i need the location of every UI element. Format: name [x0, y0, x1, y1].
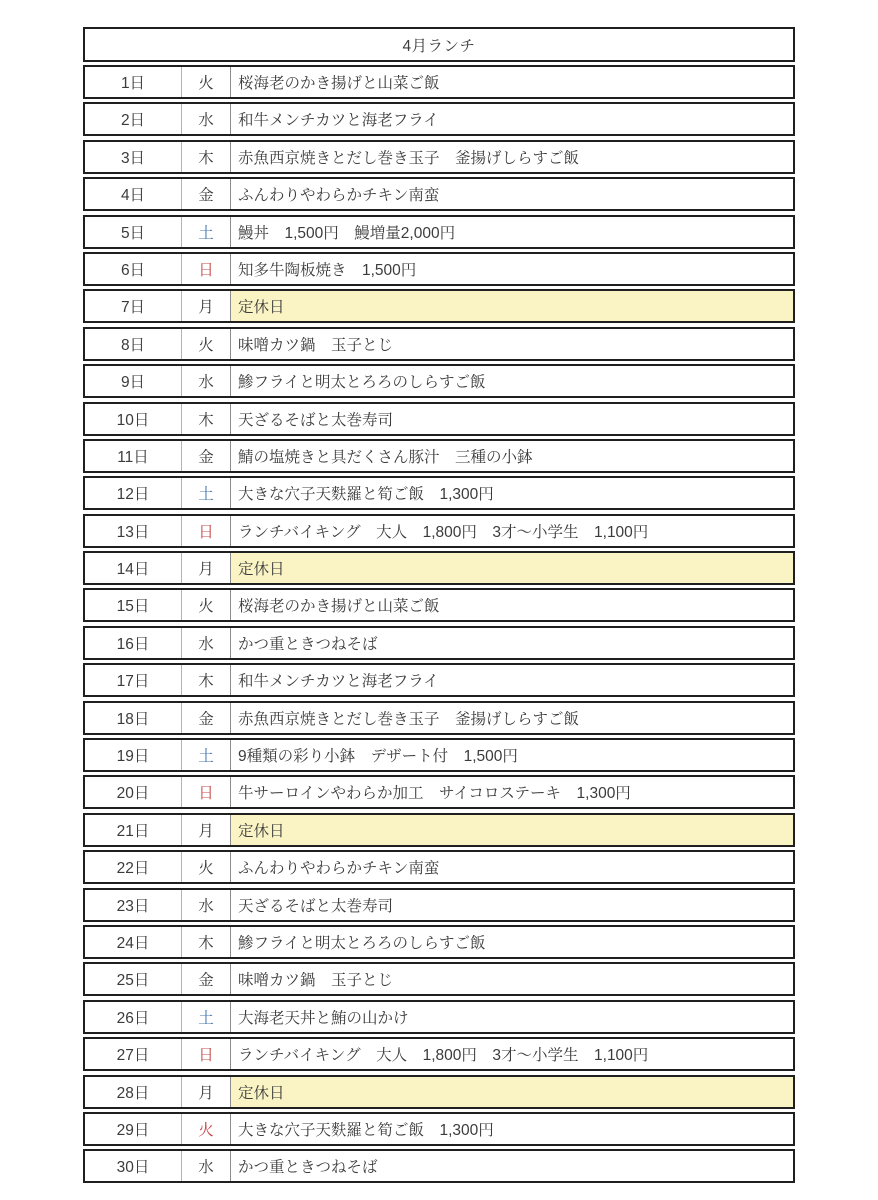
menu-cell: 和牛メンチカツと海老フライ — [231, 104, 793, 134]
menu-day-row: 4日 金 ふんわりやわらかチキン南蛮 — [83, 177, 795, 211]
weekday-cell: 金 — [182, 441, 231, 471]
day-cell: 4日 — [85, 179, 182, 209]
lunch-menu-page: 4月ランチ 1日 火 桜海老のかき揚げと山菜ご飯 2日 水 和牛メンチカツと海老… — [0, 0, 878, 1200]
menu-day-row: 26日 土 大海老天丼と鮪の山かけ — [83, 1000, 795, 1034]
weekday-cell: 日 — [182, 254, 231, 284]
menu-cell: ランチバイキング 大人 1,800円 3才～小学生 1,100円 — [231, 516, 793, 546]
menu-cell: 大海老天丼と鮪の山かけ — [231, 1002, 793, 1032]
weekday-cell: 月 — [182, 291, 231, 321]
menu-cell: 鯖の塩焼きと具だくさん豚汁 三種の小鉢 — [231, 441, 793, 471]
menu-cell: 味噌カツ鍋 玉子とじ — [231, 329, 793, 359]
menu-day-row: 25日 金 味噌カツ鍋 玉子とじ — [83, 962, 795, 996]
weekday-cell: 土 — [182, 740, 231, 770]
day-cell: 17日 — [85, 665, 182, 695]
weekday-cell: 金 — [182, 179, 231, 209]
menu-cell: 天ざるそばと太巻寿司 — [231, 890, 793, 920]
weekday-cell: 火 — [182, 852, 231, 882]
calendar-title-text: 4月ランチ — [402, 34, 475, 56]
weekday-cell: 日 — [182, 516, 231, 546]
weekday-cell: 火 — [182, 67, 231, 97]
menu-day-row: 6日 日 知多牛陶板焼き 1,500円 — [83, 252, 795, 286]
day-cell: 5日 — [85, 217, 182, 247]
menu-day-row: 21日 月 定休日 — [83, 813, 795, 847]
day-cell: 30日 — [85, 1151, 182, 1181]
menu-cell: 桜海老のかき揚げと山菜ご飯 — [231, 590, 793, 620]
menu-day-row: 29日 火 大きな穴子天麩羅と筍ご飯 1,300円 — [83, 1112, 795, 1146]
menu-cell: 桜海老のかき揚げと山菜ご飯 — [231, 67, 793, 97]
day-cell: 14日 — [85, 553, 182, 583]
menu-cell: かつ重ときつねそば — [231, 1151, 793, 1181]
weekday-cell: 水 — [182, 890, 231, 920]
menu-day-row: 1日 火 桜海老のかき揚げと山菜ご飯 — [83, 65, 795, 99]
calendar-title: 4月ランチ — [83, 27, 795, 62]
menu-day-row: 27日 日 ランチバイキング 大人 1,800円 3才～小学生 1,100円 — [83, 1037, 795, 1071]
menu-day-row: 30日 水 かつ重ときつねそば — [83, 1149, 795, 1183]
menu-cell: ふんわりやわらかチキン南蛮 — [231, 179, 793, 209]
menu-cell: ふんわりやわらかチキン南蛮 — [231, 852, 793, 882]
menu-cell: 赤魚西京焼きとだし巻き玉子 釜揚げしらすご飯 — [231, 703, 793, 733]
weekday-cell: 木 — [182, 142, 231, 172]
menu-day-row: 12日 土 大きな穴子天麩羅と筍ご飯 1,300円 — [83, 476, 795, 510]
day-cell: 6日 — [85, 254, 182, 284]
weekday-cell: 月 — [182, 815, 231, 845]
weekday-cell: 土 — [182, 217, 231, 247]
day-cell: 27日 — [85, 1039, 182, 1069]
menu-day-row: 9日 水 鯵フライと明太とろろのしらすご飯 — [83, 364, 795, 398]
menu-cell: 赤魚西京焼きとだし巻き玉子 釜揚げしらすご飯 — [231, 142, 793, 172]
menu-cell: 鯵フライと明太とろろのしらすご飯 — [231, 927, 793, 957]
menu-day-row: 14日 月 定休日 — [83, 551, 795, 585]
menu-cell: 味噌カツ鍋 玉子とじ — [231, 964, 793, 994]
menu-cell: 大きな穴子天麩羅と筍ご飯 1,300円 — [231, 478, 793, 508]
day-cell: 20日 — [85, 777, 182, 807]
menu-cell: 和牛メンチカツと海老フライ — [231, 665, 793, 695]
menu-cell: 大きな穴子天麩羅と筍ご飯 1,300円 — [231, 1114, 793, 1144]
weekday-cell: 日 — [182, 1039, 231, 1069]
menu-day-row: 5日 土 鰻丼 1,500円 鰻増量2,000円 — [83, 215, 795, 249]
weekday-cell: 月 — [182, 553, 231, 583]
day-cell: 23日 — [85, 890, 182, 920]
menu-cell: 天ざるそばと太巻寿司 — [231, 404, 793, 434]
menu-day-row: 11日 金 鯖の塩焼きと具だくさん豚汁 三種の小鉢 — [83, 439, 795, 473]
menu-day-row: 7日 月 定休日 — [83, 289, 795, 323]
weekday-cell: 火 — [182, 1114, 231, 1144]
day-cell: 9日 — [85, 366, 182, 396]
menu-day-row: 10日 木 天ざるそばと太巻寿司 — [83, 402, 795, 436]
lunch-calendar-table: 4月ランチ 1日 火 桜海老のかき揚げと山菜ご飯 2日 水 和牛メンチカツと海老… — [83, 27, 795, 1187]
calendar-rows: 1日 火 桜海老のかき揚げと山菜ご飯 2日 水 和牛メンチカツと海老フライ 3日… — [83, 65, 795, 1183]
menu-cell: 知多牛陶板焼き 1,500円 — [231, 254, 793, 284]
menu-day-row: 28日 月 定休日 — [83, 1075, 795, 1109]
day-cell: 24日 — [85, 927, 182, 957]
menu-cell: 鯵フライと明太とろろのしらすご飯 — [231, 366, 793, 396]
weekday-cell: 火 — [182, 329, 231, 359]
menu-cell: 定休日 — [231, 815, 793, 845]
menu-day-row: 2日 水 和牛メンチカツと海老フライ — [83, 102, 795, 136]
day-cell: 3日 — [85, 142, 182, 172]
menu-day-row: 20日 日 牛サーロインやわらか加工 サイコロステーキ 1,300円 — [83, 775, 795, 809]
menu-cell: 定休日 — [231, 1077, 793, 1107]
menu-cell: 牛サーロインやわらか加工 サイコロステーキ 1,300円 — [231, 777, 793, 807]
weekday-cell: 木 — [182, 665, 231, 695]
day-cell: 13日 — [85, 516, 182, 546]
day-cell: 21日 — [85, 815, 182, 845]
day-cell: 29日 — [85, 1114, 182, 1144]
menu-day-row: 13日 日 ランチバイキング 大人 1,800円 3才～小学生 1,100円 — [83, 514, 795, 548]
day-cell: 10日 — [85, 404, 182, 434]
weekday-cell: 水 — [182, 1151, 231, 1181]
weekday-cell: 木 — [182, 404, 231, 434]
menu-day-row: 8日 火 味噌カツ鍋 玉子とじ — [83, 327, 795, 361]
day-cell: 22日 — [85, 852, 182, 882]
menu-day-row: 17日 木 和牛メンチカツと海老フライ — [83, 663, 795, 697]
day-cell: 25日 — [85, 964, 182, 994]
weekday-cell: 火 — [182, 590, 231, 620]
menu-day-row: 24日 木 鯵フライと明太とろろのしらすご飯 — [83, 925, 795, 959]
day-cell: 1日 — [85, 67, 182, 97]
menu-cell: 定休日 — [231, 553, 793, 583]
weekday-cell: 水 — [182, 104, 231, 134]
day-cell: 19日 — [85, 740, 182, 770]
menu-day-row: 18日 金 赤魚西京焼きとだし巻き玉子 釜揚げしらすご飯 — [83, 701, 795, 735]
weekday-cell: 土 — [182, 478, 231, 508]
menu-cell: 定休日 — [231, 291, 793, 321]
menu-day-row: 22日 火 ふんわりやわらかチキン南蛮 — [83, 850, 795, 884]
weekday-cell: 金 — [182, 964, 231, 994]
menu-cell: 鰻丼 1,500円 鰻増量2,000円 — [231, 217, 793, 247]
menu-day-row: 19日 土 9種類の彩り小鉢 デザート付 1,500円 — [83, 738, 795, 772]
menu-cell: ランチバイキング 大人 1,800円 3才～小学生 1,100円 — [231, 1039, 793, 1069]
menu-day-row: 16日 水 かつ重ときつねそば — [83, 626, 795, 660]
day-cell: 7日 — [85, 291, 182, 321]
day-cell: 2日 — [85, 104, 182, 134]
weekday-cell: 月 — [182, 1077, 231, 1107]
weekday-cell: 水 — [182, 628, 231, 658]
weekday-cell: 木 — [182, 927, 231, 957]
day-cell: 12日 — [85, 478, 182, 508]
weekday-cell: 金 — [182, 703, 231, 733]
day-cell: 18日 — [85, 703, 182, 733]
day-cell: 8日 — [85, 329, 182, 359]
weekday-cell: 土 — [182, 1002, 231, 1032]
menu-cell: かつ重ときつねそば — [231, 628, 793, 658]
day-cell: 26日 — [85, 1002, 182, 1032]
menu-day-row: 23日 水 天ざるそばと太巻寿司 — [83, 888, 795, 922]
menu-day-row: 15日 火 桜海老のかき揚げと山菜ご飯 — [83, 588, 795, 622]
day-cell: 11日 — [85, 441, 182, 471]
weekday-cell: 日 — [182, 777, 231, 807]
menu-cell: 9種類の彩り小鉢 デザート付 1,500円 — [231, 740, 793, 770]
menu-day-row: 3日 木 赤魚西京焼きとだし巻き玉子 釜揚げしらすご飯 — [83, 140, 795, 174]
day-cell: 15日 — [85, 590, 182, 620]
weekday-cell: 水 — [182, 366, 231, 396]
day-cell: 16日 — [85, 628, 182, 658]
day-cell: 28日 — [85, 1077, 182, 1107]
